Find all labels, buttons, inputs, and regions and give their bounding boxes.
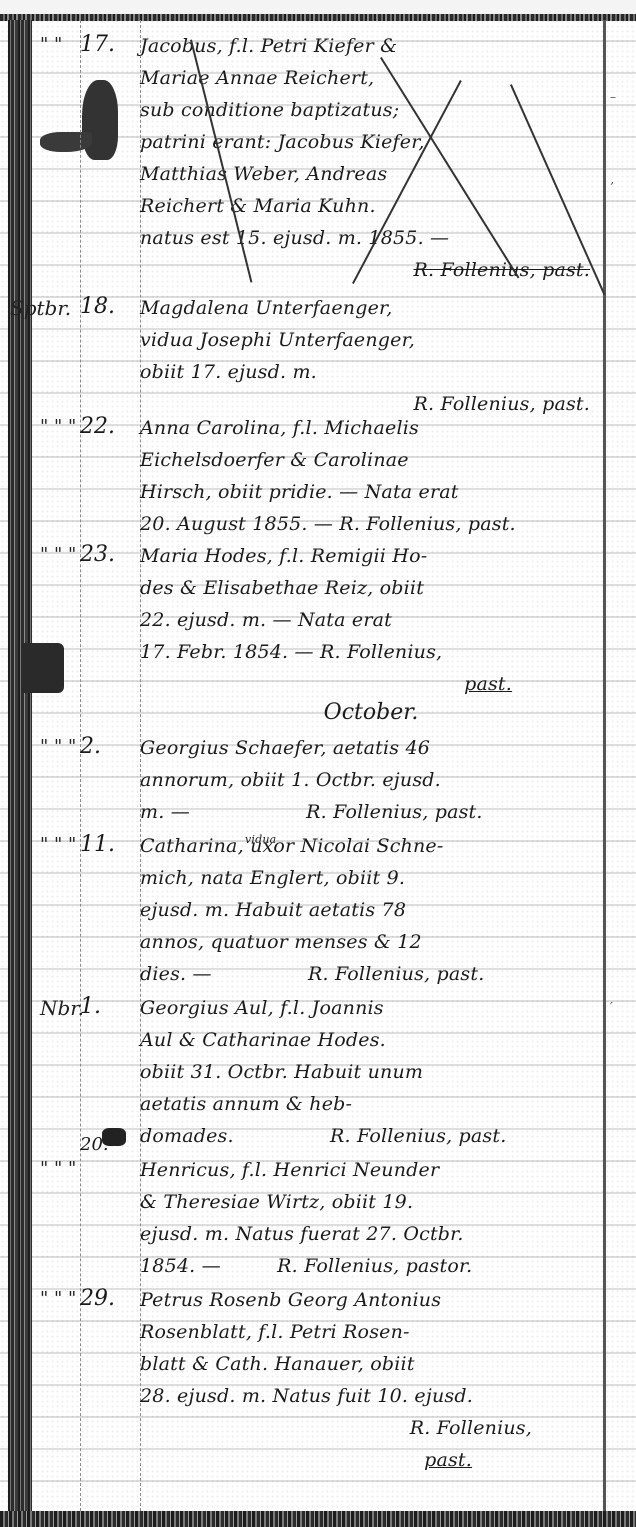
entry-line: Mariae Annae Reichert,	[140, 62, 602, 94]
adjacent-column-fragment: –	[610, 90, 616, 104]
entry-line: Jacobus, f.l. Petri Kiefer &	[140, 30, 602, 62]
entry-line: 22. ejusd. m. — Nata erat	[140, 604, 602, 636]
entry-text: Petrus Rosenb Georg Antonius Rosenblatt,…	[140, 1284, 602, 1484]
entry-margin: Sptbr.	[10, 292, 80, 420]
entry-line: mich, nata Englert, obiit 9.	[140, 862, 602, 894]
scan-top-edge	[0, 14, 636, 21]
entry-margin: " " "	[40, 830, 80, 992]
entry-line: ejusd. m. Habuit aetatis 78	[140, 894, 602, 926]
entry-day: 11.	[80, 830, 140, 992]
entry-line: domades. R. Follenius, past.	[140, 1120, 602, 1152]
entry-margin: " " "	[40, 412, 80, 540]
entry-line: m. — R. Follenius, past.	[140, 796, 602, 828]
register-entry: " " " 11. vidua Catharina, uxor Nicolai …	[40, 830, 602, 992]
entry-day: 2.	[80, 732, 140, 830]
entry-line: Magdalena Unterfaenger,	[140, 292, 602, 324]
register-entry: October. " " " 2. Georgius Schaefer, aet…	[40, 702, 602, 830]
right-column-rule	[603, 20, 606, 1511]
priest-signature: R. Follenius, past.	[140, 254, 602, 286]
entry-line: 20. August 1855. — R. Follenius, past.	[140, 508, 602, 540]
entry-line: Matthias Weber, Andreas	[140, 158, 602, 190]
entry-text: Henricus, f.l. Henrici Neunder & Theresi…	[140, 1154, 602, 1284]
entry-line: aetatis annum & heb-	[140, 1088, 602, 1120]
entry-day: 1.	[80, 992, 140, 1154]
register-entry: " " " 23. Maria Hodes, f.l. Remigii Ho- …	[40, 540, 602, 702]
entry-text: Anna Carolina, f.l. Michaelis Eichelsdoe…	[140, 412, 602, 540]
entry-line: Petrus Rosenb Georg Antonius	[140, 1284, 602, 1316]
scan-bottom-edge	[0, 1511, 636, 1527]
entry-line: Hirsch, obiit pridie. — Nata erat	[140, 476, 602, 508]
entry-text: Maria Hodes, f.l. Remigii Ho- des & Elis…	[140, 540, 602, 702]
entry-text: Georgius Aul, f.l. Joannis Aul & Cathari…	[140, 992, 602, 1154]
priest-signature: R. Follenius,	[140, 1412, 602, 1444]
register-entry: Nbr. 1. Georgius Aul, f.l. Joannis Aul &…	[40, 992, 602, 1154]
entry-line-start: m. —	[140, 801, 190, 823]
entry-line: Rosenblatt, f.l. Petri Rosen-	[140, 1316, 602, 1348]
entry-line: ejusd. m. Natus fuerat 27. Octbr.	[140, 1218, 602, 1250]
entry-line: 1854. — R. Follenius, pastor.	[140, 1250, 602, 1282]
entry-text: Jacobus, f.l. Petri Kiefer & Mariae Anna…	[140, 30, 602, 292]
priest-signature: R. Follenius, past.	[308, 963, 484, 985]
register-entry: Sptbr. 18. Magdalena Unterfaenger, vidua…	[40, 292, 602, 412]
register-entry: " " 17. Jacobus, f.l. Petri Kiefer & Mar…	[40, 30, 602, 292]
entry-line: Georgius Schaefer, aetatis 46	[140, 732, 602, 764]
entry-line: vidua Catharina, uxor Nicolai Schne-	[140, 830, 602, 862]
priest-signature: R. Follenius, past.	[330, 1125, 506, 1147]
entry-text: vidua Catharina, uxor Nicolai Schne- mic…	[140, 830, 602, 992]
entry-text: Magdalena Unterfaenger, vidua Josephi Un…	[140, 292, 602, 420]
entry-line: des & Elisabethae Reiz, obiit	[140, 572, 602, 604]
priest-signature: R. Follenius, past.	[306, 801, 482, 823]
entry-margin: " " "	[40, 732, 80, 830]
register-entry: " " " 20. Henricus, f.l. Henrici Neunder…	[40, 1154, 602, 1284]
entry-line: Anna Carolina, f.l. Michaelis	[140, 412, 602, 444]
priest-signature: past.	[140, 668, 602, 700]
interlinear-insertion: vidua	[245, 824, 276, 856]
entry-line: obiit 17. ejusd. m.	[140, 356, 602, 388]
entry-line: annorum, obiit 1. Octbr. ejusd.	[140, 764, 602, 796]
entry-margin: " " "	[40, 1284, 80, 1484]
entry-text: Georgius Schaefer, aetatis 46 annorum, o…	[140, 732, 602, 830]
register-page: " " 17. Jacobus, f.l. Petri Kiefer & Mar…	[40, 30, 602, 1484]
entry-day: 18.	[80, 292, 140, 420]
adjacent-column-fragment: ’	[610, 180, 614, 194]
entry-line: dies. — R. Follenius, past.	[140, 958, 602, 990]
entry-day: 17.	[80, 30, 140, 292]
entry-line: Aul & Catharinae Hodes.	[140, 1024, 602, 1056]
entry-line: vidua Josephi Unterfaenger,	[140, 324, 602, 356]
register-entry: " " " 29. Petrus Rosenb Georg Antonius R…	[40, 1284, 602, 1484]
entry-line: Maria Hodes, f.l. Remigii Ho-	[140, 540, 602, 572]
book-binding-edge	[8, 20, 32, 1515]
entry-line: & Theresiae Wirtz, obiit 19.	[140, 1186, 602, 1218]
adjacent-column-fragment: ′	[610, 1000, 613, 1014]
entry-line: blatt & Cath. Hanauer, obiit	[140, 1348, 602, 1380]
entry-day: 23.	[80, 540, 140, 702]
entry-line: Henricus, f.l. Henrici Neunder	[140, 1154, 602, 1186]
priest-signature-title: past.	[140, 1444, 602, 1476]
entry-line: 17. Febr. 1854. — R. Follenius,	[140, 636, 602, 668]
entry-line: Eichelsdoerfer & Carolinae	[140, 444, 602, 476]
entry-line: Reichert & Maria Kuhn.	[140, 190, 602, 222]
entry-margin: " " "	[40, 1154, 80, 1284]
month-heading: October.	[40, 698, 602, 728]
entry-day: 20.	[80, 1132, 140, 1284]
entry-margin: " " "	[40, 540, 80, 702]
entry-day: 29.	[80, 1284, 140, 1484]
entry-margin: " "	[40, 30, 80, 292]
entry-margin: Nbr.	[40, 992, 80, 1154]
entry-line: 28. ejusd. m. Natus fuit 10. ejusd.	[140, 1380, 602, 1412]
entry-line: obiit 31. Octbr. Habuit unum	[140, 1056, 602, 1088]
entry-line: Georgius Aul, f.l. Joannis	[140, 992, 602, 1024]
entry-day: 22.	[80, 412, 140, 540]
entry-line: annos, quatuor menses & 12	[140, 926, 602, 958]
register-entry: " " " 22. Anna Carolina, f.l. Michaelis …	[40, 412, 602, 540]
priest-signature: R. Follenius, pastor.	[277, 1255, 472, 1277]
